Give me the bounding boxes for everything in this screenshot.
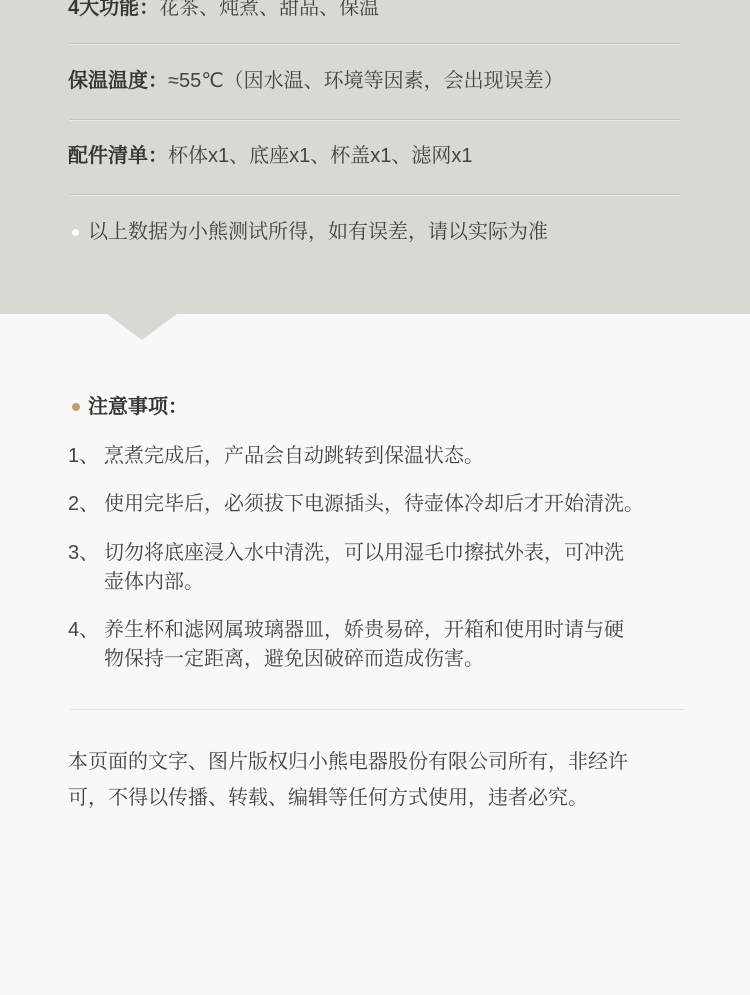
- spec-disclaimer-text: 以上数据为小熊测试所得，如有误差，请以实际为准: [88, 219, 548, 245]
- divider: [70, 119, 680, 120]
- divider: [70, 43, 680, 44]
- divider: [70, 194, 680, 195]
- bullet-icon: [72, 403, 80, 411]
- note-item-number: 1、: [68, 442, 99, 471]
- note-item-number: 2、: [68, 490, 99, 519]
- spec-row-accessories: 配件清单：杯体x1、底座x1、杯盖x1、滤网x1: [68, 143, 690, 169]
- spec-value: 杯体x1、底座x1、杯盖x1、滤网x1: [168, 145, 473, 167]
- product-specs-panel: 4大功能：花茶、炖煮、甜品、保温 保温温度：≈55℃（因水温、环境等因素，会出现…: [0, 0, 750, 314]
- spec-label: 保温温度：: [68, 70, 168, 92]
- spec-row-functions: 4大功能：花茶、炖煮、甜品、保温: [68, 0, 690, 21]
- note-item-text: 使用完毕后，必须拔下电源插头，待壶体冷却后才开始清洗。: [104, 493, 644, 515]
- notes-heading: 注意事项：: [88, 395, 188, 419]
- spec-label: 配件清单：: [68, 145, 168, 167]
- bullet-icon: [72, 229, 79, 236]
- copyright-text: 本页面的文字、图片版权归小熊电器股份有限公司所有，非经许 可，不得以传播、转载、…: [68, 744, 698, 816]
- note-item-number: 4、: [68, 616, 99, 645]
- product-detail-page: 4大功能：花茶、炖煮、甜品、保温 保温温度：≈55℃（因水温、环境等因素，会出现…: [0, 0, 750, 995]
- note-item-number: 3、: [68, 539, 99, 568]
- note-item-text: 烹煮完成后，产品会自动跳转到保温状态。: [104, 445, 484, 467]
- spec-value: 花茶、炖煮、甜品、保温: [159, 0, 379, 19]
- note-item-text: 切勿将底座浸入水中清洗，可以用湿毛巾擦拭外表，可冲洗 壶体内部。: [104, 542, 624, 593]
- note-item: 4、 养生杯和滤网属玻璃器皿，娇贵易碎，开箱和使用时请与硬 物保持一定距离，避免…: [68, 616, 744, 674]
- spec-value: ≈55℃（因水温、环境等因素，会出现误差）: [168, 70, 564, 92]
- note-item: 1、 烹煮完成后，产品会自动跳转到保温状态。: [68, 442, 744, 471]
- note-item: 3、 切勿将底座浸入水中清洗，可以用湿毛巾擦拭外表，可冲洗 壶体内部。: [68, 539, 744, 597]
- note-item-text: 养生杯和滤网属玻璃器皿，娇贵易碎，开箱和使用时请与硬 物保持一定距离，避免因破碎…: [104, 619, 624, 670]
- spec-row-keep-warm-temp: 保温温度：≈55℃（因水温、环境等因素，会出现误差）: [68, 68, 690, 94]
- section-notch-arrow: [107, 314, 177, 340]
- divider: [70, 709, 685, 710]
- spec-label: 4大功能：: [68, 0, 159, 19]
- note-item: 2、 使用完毕后，必须拔下电源插头，待壶体冷却后才开始清洗。: [68, 490, 744, 519]
